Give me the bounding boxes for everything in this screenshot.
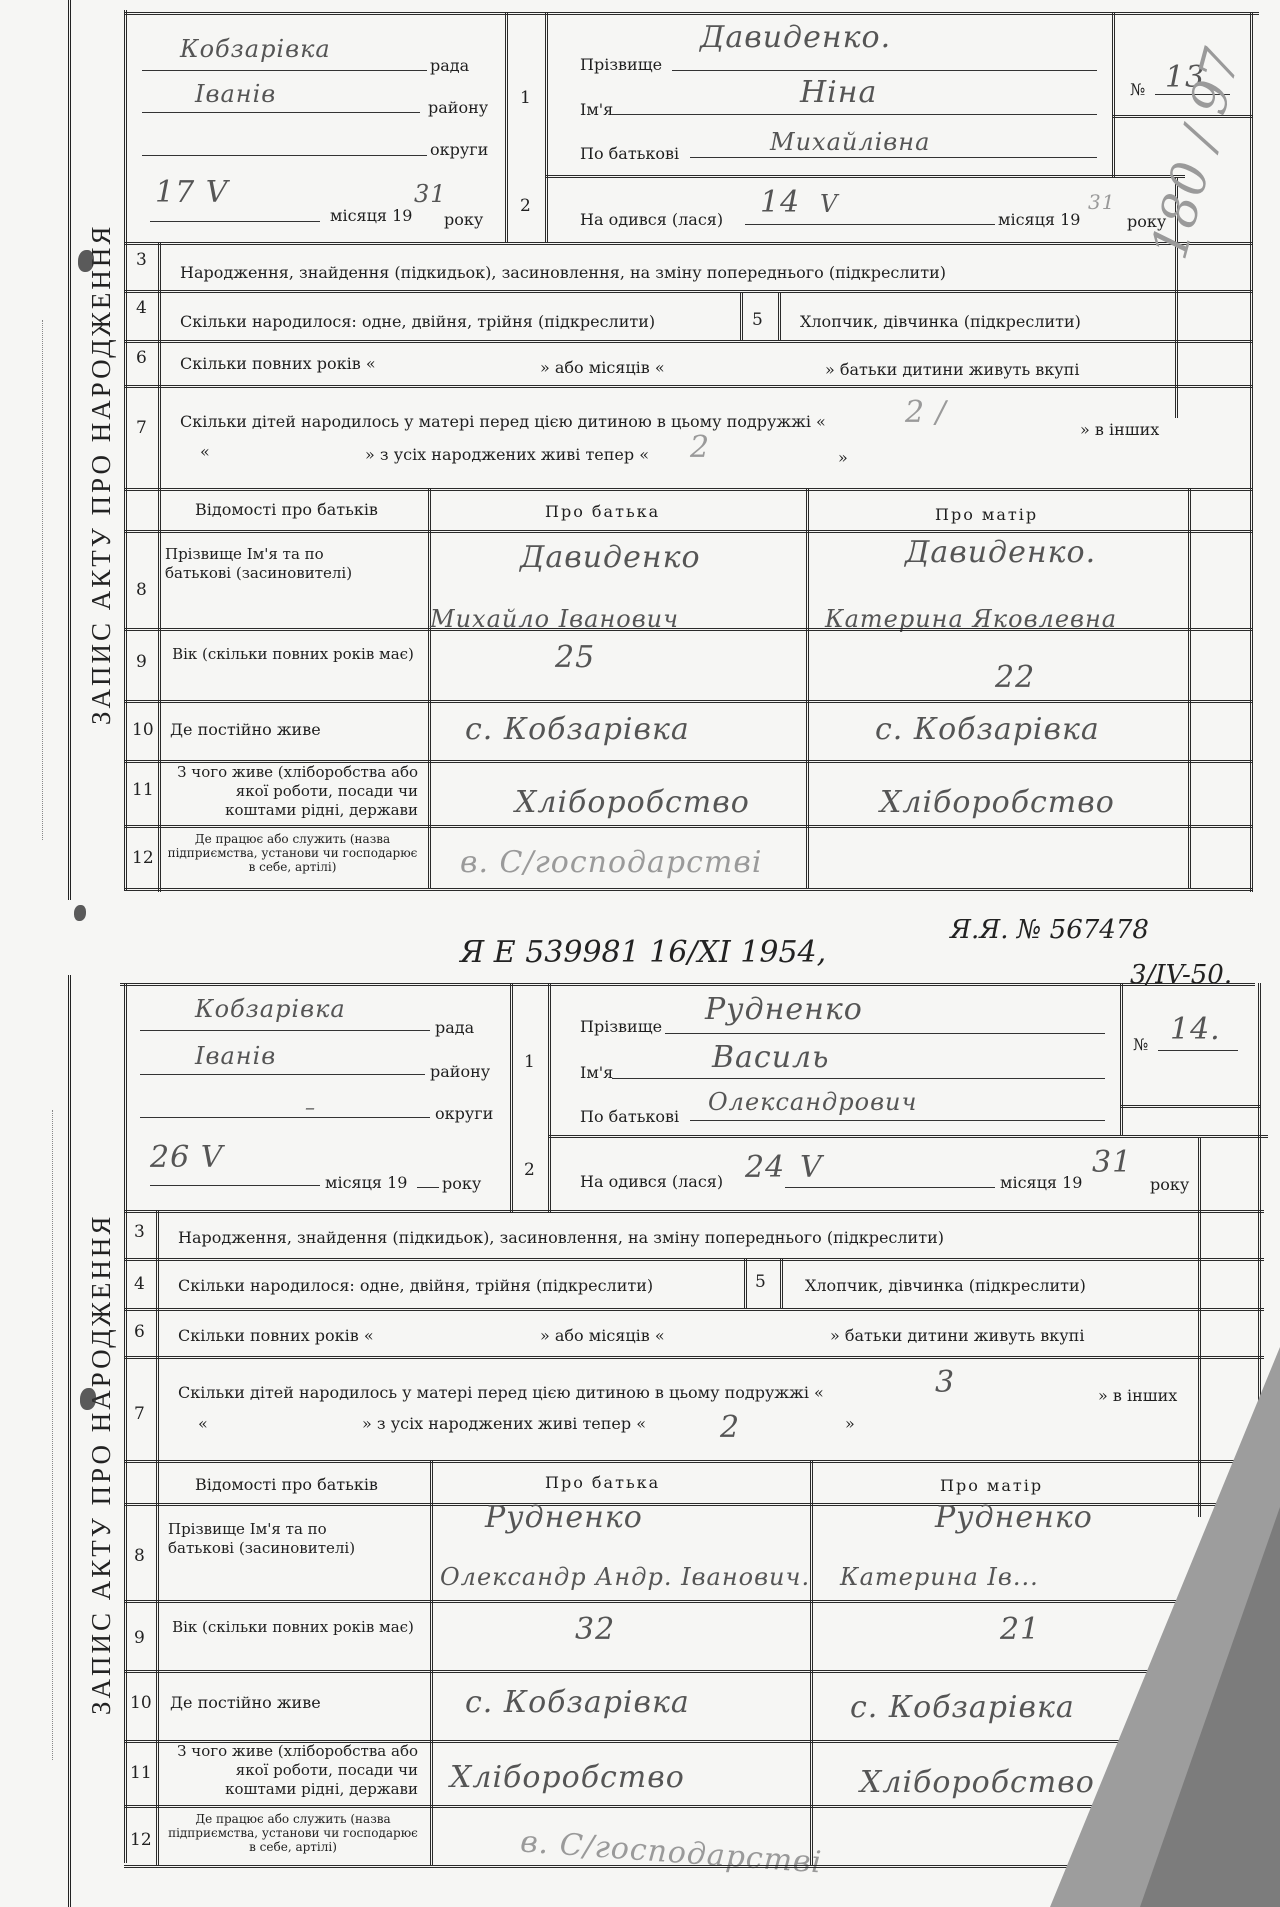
father-age: 32 xyxy=(575,1612,615,1647)
row-number-8: 8 xyxy=(134,1546,145,1566)
row-number-10: 10 xyxy=(130,1693,152,1713)
label-patronymic: По батькові xyxy=(580,144,679,163)
row11-label: З чого живе (хліборобства або якої робот… xyxy=(168,1742,418,1799)
mother-age: 22 xyxy=(995,660,1035,695)
label-year: року xyxy=(1150,1175,1189,1194)
field-birth-year: 31 xyxy=(1092,1145,1132,1180)
father-surname: Рудненко xyxy=(485,1500,643,1535)
field-rayon-value: Іванів xyxy=(195,80,276,108)
mother-header: Про матір xyxy=(940,1476,1043,1495)
field-okrug-value: – xyxy=(305,1095,316,1119)
row6-label-a: Скільки повних років « xyxy=(180,354,376,373)
row10-label: Де постійно живе xyxy=(170,1693,321,1712)
field-child-name: Василь xyxy=(712,1040,830,1075)
certificate-annotation-left: Я Е 539981 16/ХІ 1954, xyxy=(460,935,826,970)
row6-label-b: » або місяців « xyxy=(540,358,665,377)
field-record-number: 14. xyxy=(1170,1012,1221,1047)
row6-label-c: » батьки дитини живуть вкупі xyxy=(830,1326,1084,1345)
row4-label: Скільки народилося: одне, двійня, трійня… xyxy=(178,1276,653,1295)
row-number-1: 1 xyxy=(524,1052,535,1072)
row-number-3: 3 xyxy=(136,250,147,270)
father-residence: с. Кобзарівка xyxy=(465,1685,690,1720)
mother-header: Про матір xyxy=(935,505,1038,524)
row-number-2: 2 xyxy=(520,196,531,216)
label-record-number: № xyxy=(1130,80,1145,99)
row-number-6: 6 xyxy=(136,348,147,368)
field-birth-month: V xyxy=(800,1150,823,1185)
left-margin-rule-top xyxy=(68,0,71,900)
certificate-annotation-right-1: Я.Я. № 567478 xyxy=(950,915,1149,945)
vertical-title-text: ЗАПИС АКТУ ПРО НАРОДЖЕННЯ xyxy=(86,224,117,725)
workplace: в. С/господарстві xyxy=(460,845,762,880)
field-child-name: Ніна xyxy=(800,75,877,110)
row-number-7: 7 xyxy=(134,1404,145,1424)
rule xyxy=(545,175,1185,178)
mother-residence: с. Кобзарівка xyxy=(875,712,1100,747)
father-residence: с. Кобзарівка xyxy=(465,712,690,747)
mother-occupation: Хліборобство xyxy=(880,785,1115,820)
field-rada-value: Кобзарівка xyxy=(180,35,331,63)
parents-header: Відомості про батьків xyxy=(195,1475,378,1494)
row6-label-b: » або місяців « xyxy=(540,1326,665,1345)
rule xyxy=(1112,12,1115,177)
label-rayon: району xyxy=(430,1062,490,1081)
label-month-year: місяця 19 xyxy=(1000,1173,1082,1192)
row-number-9: 9 xyxy=(134,1628,145,1648)
mother-residence: с. Кобзарівка xyxy=(850,1690,1075,1725)
row8-label: Прізвище Ім'я та по батькові (засиновите… xyxy=(168,1520,383,1558)
field-row7-living: 2 xyxy=(690,430,710,465)
field-registration-day-month: 17 V xyxy=(155,175,228,210)
workplace: в. С/господарстві xyxy=(519,1824,823,1880)
field-row7-living: 2 xyxy=(720,1410,740,1445)
left-margin-rule-bottom xyxy=(68,975,71,1907)
label-name: Ім'я xyxy=(580,100,613,119)
row9-label: Вік (скільки повних років має) xyxy=(168,1618,418,1637)
label-record-number: № xyxy=(1133,1035,1148,1054)
father-header: Про батька xyxy=(545,1473,660,1492)
label-year: року xyxy=(442,1174,481,1193)
field-row7-this-marriage: 2 / xyxy=(905,395,947,430)
label-surname: Прізвище xyxy=(580,1017,662,1036)
scanned-document-page: ЗАПИС АКТУ ПРО НАРОДЖЕННЯ ЗАПИС АКТУ ПРО… xyxy=(0,0,1280,1907)
margin-annotation: 180 / 97 xyxy=(1140,42,1252,265)
rule xyxy=(545,12,548,242)
row5-label: Хлопчик, дівчинка (підкреслити) xyxy=(805,1276,1086,1295)
perforation-top xyxy=(42,320,43,840)
row7-label-a: Скільки дітей народилось у матері перед … xyxy=(178,1383,824,1402)
field-rayon-value: Іванів xyxy=(195,1042,276,1070)
field-child-surname: Давиденко. xyxy=(700,20,891,55)
father-surname: Давиденко xyxy=(520,540,701,575)
row-number-7: 7 xyxy=(136,418,147,438)
row7-label-e: » xyxy=(838,448,848,467)
field-rada-value: Кобзарівка xyxy=(195,995,346,1023)
row12-label: Де працює або служить (назва підприємств… xyxy=(165,832,420,874)
field-birth-day-month: 14 xyxy=(760,185,800,220)
row7-label-c: « xyxy=(200,442,210,461)
row8-label: Прізвище Ім'я та по батькові (засиновите… xyxy=(165,545,380,583)
row11-label: З чого живе (хліборобства або якої робот… xyxy=(168,763,418,820)
father-age: 25 xyxy=(555,640,595,675)
label-rayon: району xyxy=(428,98,488,117)
row-number-12: 12 xyxy=(132,848,154,868)
field-registration-day-month: 26 V xyxy=(150,1140,223,1175)
row-number-8: 8 xyxy=(136,580,147,600)
row4-label: Скільки народилося: одне, двійня, трійня… xyxy=(180,312,655,331)
row6-label-c: » батьки дитини живуть вкупі xyxy=(825,360,1079,379)
field-row7-this-marriage: 3 xyxy=(935,1365,955,1400)
row7-label-a: Скільки дітей народилось у матері перед … xyxy=(180,412,826,431)
row-number-12: 12 xyxy=(130,1830,152,1850)
label-month-year: місяця 19 xyxy=(998,210,1080,229)
row-number-11: 11 xyxy=(132,780,154,800)
row5-label: Хлопчик, дівчинка (підкреслити) xyxy=(800,312,1081,331)
row7-label-d: » з усіх народжених живі тепер « xyxy=(365,445,649,464)
row7-label-e: » xyxy=(845,1414,855,1433)
label-month-year: місяця 19 xyxy=(325,1173,407,1192)
field-birth-day: 24 xyxy=(745,1150,785,1185)
field-birth-month: V xyxy=(820,190,838,218)
field-birth-year: 31 xyxy=(1088,190,1115,214)
field-child-patronymic: Олександрович xyxy=(708,1088,917,1116)
row6-label-a: Скільки повних років « xyxy=(178,1326,374,1345)
label-okrug: округи xyxy=(430,140,488,159)
label-surname: Прізвище xyxy=(580,55,662,74)
row-number-2: 2 xyxy=(524,1160,535,1180)
label-name: Ім'я xyxy=(580,1063,613,1082)
vertical-title-text: ЗАПИС АКТУ ПРО НАРОДЖЕННЯ xyxy=(86,1214,117,1715)
ink-stain xyxy=(80,1388,96,1410)
row9-label: Вік (скільки повних років має) xyxy=(168,645,418,664)
row-number-4: 4 xyxy=(136,298,147,318)
row7-label-c: « xyxy=(198,1414,208,1433)
label-born: На одився (лася) xyxy=(580,1172,723,1191)
row3-label: Народження, знайдення (підкидьок), засин… xyxy=(180,263,946,282)
row-number-1: 1 xyxy=(520,88,531,108)
father-name: Олександр Андр. Іванович. xyxy=(440,1563,810,1591)
label-patronymic: По батькові xyxy=(580,1107,679,1126)
rule xyxy=(124,12,1259,15)
ink-stain xyxy=(78,250,94,272)
row-number-3: 3 xyxy=(134,1222,145,1242)
father-occupation: Хліборобство xyxy=(450,1760,685,1795)
mother-name: Катерина Ів... xyxy=(840,1563,1039,1591)
field-registration-year: 31 xyxy=(414,180,447,208)
perforation-bottom xyxy=(52,1110,53,1760)
field-child-surname: Рудненко xyxy=(705,992,863,1027)
mother-age: 21 xyxy=(1000,1612,1040,1647)
label-rada: рада xyxy=(430,56,469,75)
row12-label: Де працює або служить (назва підприємств… xyxy=(163,1812,423,1854)
label-born: На одився (лася) xyxy=(580,210,723,229)
father-header: Про батька xyxy=(545,502,660,521)
row3-label: Народження, знайдення (підкидьок), засин… xyxy=(178,1228,944,1247)
label-month-year: місяця 19 xyxy=(330,206,412,225)
label-okrug: округи xyxy=(435,1104,493,1123)
row10-label: Де постійно живе xyxy=(170,720,321,739)
row7-label-b: » в інших xyxy=(1080,420,1159,439)
father-occupation: Хліборобство xyxy=(515,785,750,820)
label-rada: рада xyxy=(435,1018,474,1037)
row-number-5: 5 xyxy=(755,1272,766,1292)
field-child-patronymic: Михайлівна xyxy=(770,128,930,156)
row-number-5: 5 xyxy=(752,310,763,330)
parents-header: Відомості про батьків xyxy=(195,500,378,519)
mother-surname: Давиденко. xyxy=(905,535,1096,570)
row-number-11: 11 xyxy=(130,1763,152,1783)
row7-label-d: » з усіх народжених живі тепер « xyxy=(362,1414,646,1433)
row-number-6: 6 xyxy=(134,1322,145,1342)
row-number-4: 4 xyxy=(134,1274,145,1294)
row-number-9: 9 xyxy=(136,652,147,672)
rule xyxy=(505,12,508,242)
ink-stain xyxy=(74,905,86,921)
row-number-10: 10 xyxy=(132,720,154,740)
label-year: року xyxy=(444,210,483,229)
rule xyxy=(124,10,127,890)
page-corner-curl-shadow xyxy=(1140,1507,1280,1907)
